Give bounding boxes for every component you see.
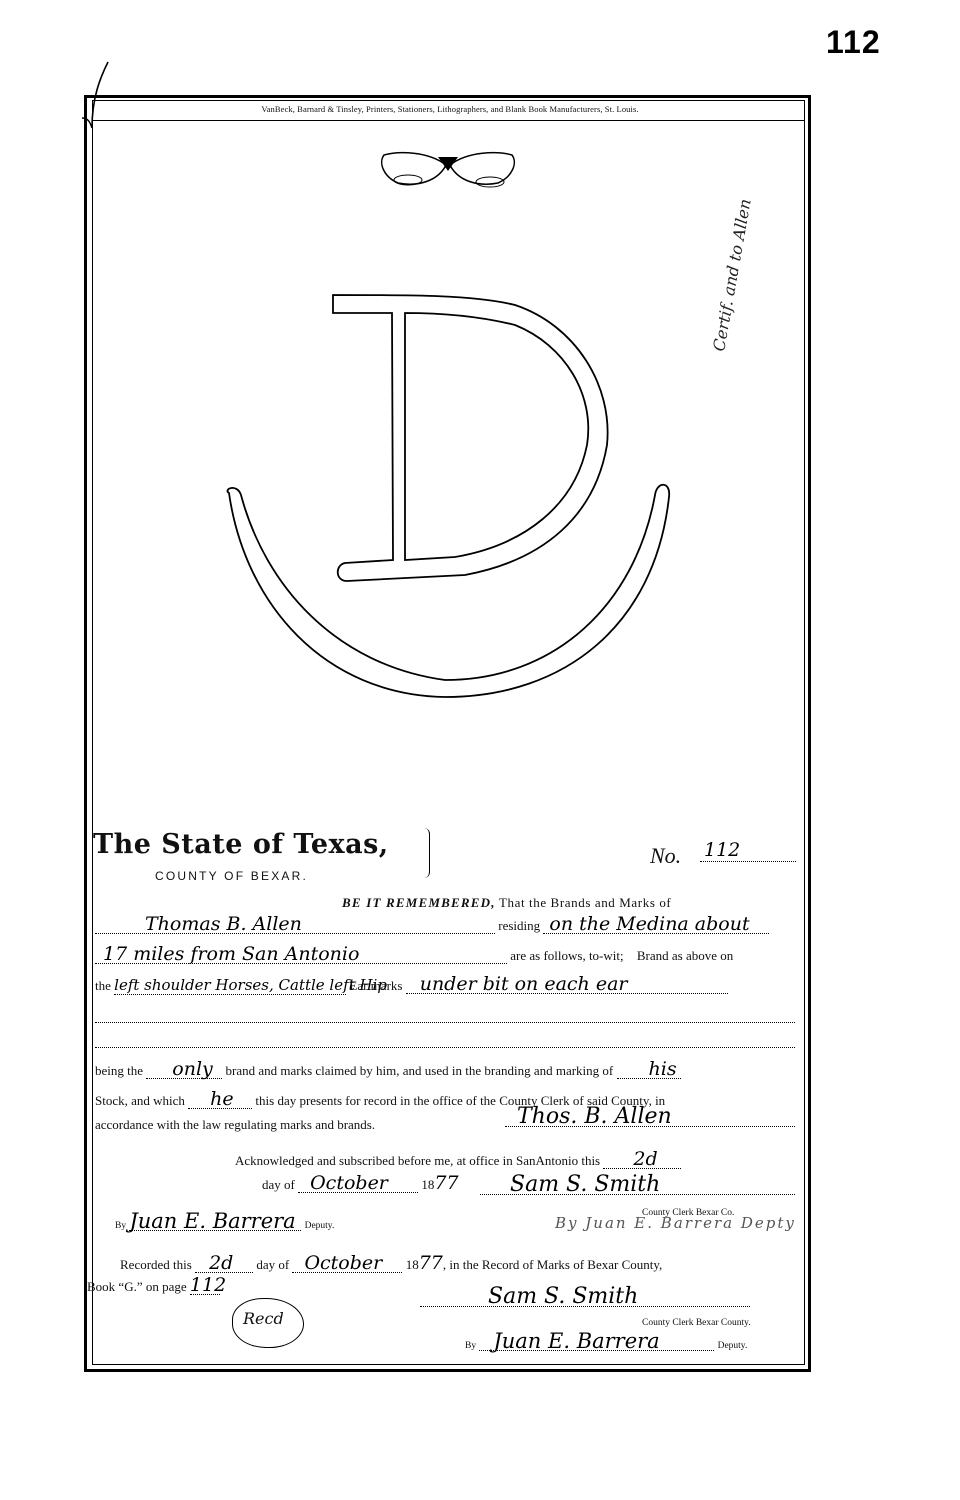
book-text: Book “G.” on page [87, 1279, 187, 1294]
brand-location-field: left shoulder Horses, Cattle left Hip [114, 976, 346, 995]
owner-signature: Thos. B. Allen [505, 1108, 795, 1127]
book-page-field: 112 [190, 1276, 220, 1295]
owner-line: Thomas B. Allen residing on the Medina a… [95, 915, 769, 934]
residing-label: residing [498, 918, 540, 933]
residence-field-1: on the Medina about [543, 915, 769, 934]
year-prefix: 18 [421, 1177, 434, 1192]
by-deputy-scrawl: By Juan E. Barrera Depty [555, 1214, 796, 1232]
the-label: the [95, 978, 111, 993]
ear-marks-label: Ear marks [349, 978, 402, 993]
being-the-line: being the only brand and marks claimed b… [95, 1060, 681, 1079]
only-field: only [146, 1060, 222, 1079]
owner-name-field: Thomas B. Allen [95, 915, 495, 934]
ack-day-field: 2d [603, 1150, 681, 1169]
accordance-line: accordance with the law regulating marks… [95, 1117, 375, 1133]
printer-imprint: VanBeck, Barnard & Tinsley, Printers, St… [100, 104, 800, 114]
blank-rule-1 [95, 1022, 795, 1023]
county-label: COUNTY OF BEXAR. [155, 869, 308, 883]
deputy-label: Deputy. [305, 1221, 335, 1231]
record-number-label: No. [650, 843, 681, 869]
by-label-2: By [465, 1341, 476, 1351]
ornament-icon [378, 143, 518, 193]
ack-date-line: day of October 1877 [262, 1172, 459, 1194]
ack-month-field: October [298, 1174, 418, 1193]
book-line: Book “G.” on page 112 [87, 1276, 220, 1295]
intro-text: That the Brands and Marks of [499, 895, 671, 910]
be-remembered-line: BE IT REMEMBERED, That the Brands and Ma… [342, 895, 671, 911]
recorded-line: Recorded this 2d day of October 1877, in… [120, 1252, 662, 1274]
rec-month-field: October [292, 1254, 402, 1273]
being-the-label: being the [95, 1063, 143, 1078]
accordance-text: accordance with the law regulating marks… [95, 1117, 375, 1132]
brand-d-crescent-icon [215, 285, 675, 705]
deputy-signature-2: Juan E. Barrera [479, 1332, 714, 1351]
rec-day-of-label: day of [256, 1257, 289, 1272]
acknowledged-text: Acknowledged and subscribed before me, a… [235, 1153, 600, 1168]
deputy-signature: Juan E. Barrera [129, 1212, 301, 1231]
clerk-signature: Sam S. Smith [480, 1176, 795, 1195]
deputy-line-2: By Juan E. Barrera Deputy. [465, 1332, 747, 1352]
seal-text: Recd [243, 1309, 284, 1328]
margin-note-text: Certif. and to Allen [709, 197, 755, 352]
be-remembered-heading: BE IT REMEMBERED, [342, 895, 496, 910]
he-field: he [188, 1090, 252, 1109]
residence-line: 17 miles from San Antonio are as follows… [95, 945, 733, 964]
day-of-label: day of [262, 1177, 295, 1192]
seal-stamp: Recd [232, 1298, 304, 1348]
deputy-line: By Juan E. Barrera Deputy. [115, 1212, 334, 1232]
ear-marks-field: under bit on each ear [406, 975, 728, 994]
stock-which-label: Stock, and which [95, 1093, 185, 1108]
his-field: his [617, 1060, 681, 1079]
brace-divider [423, 828, 430, 878]
claimed-text: brand and marks claimed by him, and used… [226, 1063, 614, 1078]
brand-location-line: the left shoulder Horses, Cattle left Hi… [95, 975, 728, 995]
recorded-this-label: Recorded this [120, 1257, 192, 1272]
rec-year-suffix: 77 [419, 1252, 443, 1274]
rec-day-field: 2d [195, 1254, 253, 1273]
residence-field-2: 17 miles from San Antonio [95, 945, 507, 964]
margin-note: Certif. and to Allen [712, 150, 752, 400]
by-label: By [115, 1221, 126, 1231]
follows-text: are as follows, to-wit; [510, 948, 623, 963]
acknowledged-line: Acknowledged and subscribed before me, a… [235, 1150, 681, 1169]
record-text: , in the Record of Marks of Bexar County… [443, 1257, 662, 1272]
ack-year-suffix: 77 [434, 1172, 458, 1194]
clerk-title-2: County Clerk Bexar County. [642, 1318, 751, 1328]
brand-as-above-text: Brand as above on [637, 948, 733, 963]
record-number-value: 112 [700, 839, 796, 862]
blank-rule-2 [95, 1047, 795, 1048]
state-title: The State of Texas, [93, 829, 389, 860]
clerk-signature-2: Sam S. Smith [420, 1288, 750, 1307]
page-number: 112 [826, 24, 881, 61]
rec-year-prefix: 18 [406, 1257, 419, 1272]
deputy-label-2: Deputy. [718, 1341, 748, 1351]
